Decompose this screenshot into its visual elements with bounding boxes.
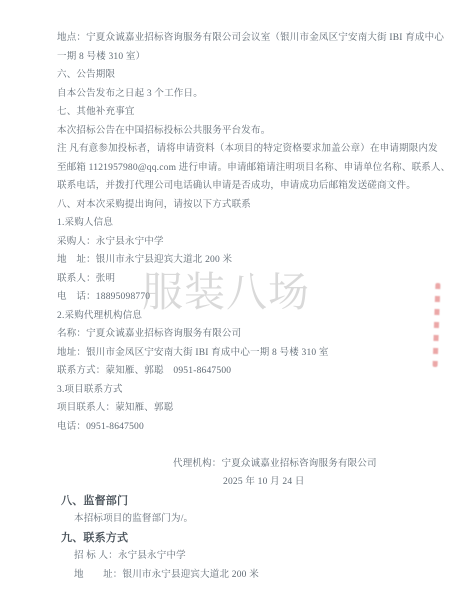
doc-line: 采购人：永宁县永宁中学	[57, 233, 437, 252]
doc-line: 本招标项目的监督部门为/。	[74, 510, 437, 529]
doc-line: 自本公告发布之日起 3 个工作日。	[57, 85, 437, 104]
doc-line: 地 址：银川市永宁县迎宾大道北 200 米	[57, 251, 437, 270]
doc-line: 代理机构：宁夏众诚嘉业招标咨询服务有限公司	[173, 455, 437, 474]
doc-line: 地点：宁夏众诚嘉业招标咨询服务有限公司会议室（银川市金凤区宁安南大街 IBI 育…	[57, 29, 437, 48]
doc-line: 联系方式：蒙知雁、郭聪 0951-8647500	[57, 362, 437, 381]
doc-line: 1.采购人信息	[57, 214, 437, 233]
doc-line: 八、对本次采购提出询问，请按以下方式联系	[57, 196, 437, 215]
doc-line: 电 话：18895098770	[57, 288, 437, 307]
doc-line: 2.采购代理机构信息	[57, 307, 437, 326]
doc-line: 名称：宁夏众诚嘉业招标咨询服务有限公司	[57, 325, 437, 344]
doc-line: 八、监督部门	[61, 492, 437, 511]
doc-line: 七、其他补充事宜	[57, 103, 437, 122]
doc-line: 3.项目联系方式	[57, 381, 437, 400]
doc-line	[57, 436, 437, 455]
doc-line: 招 标 人：永宁县永宁中学	[74, 547, 437, 566]
doc-line: 电话：0951-8647500	[57, 418, 437, 437]
doc-line: 联系电话，并拨打代理公司电话确认申请是否成功，申请成功后邮箱发送磋商文件。	[57, 177, 437, 196]
doc-line: 地 址：银川市永宁县迎宾大道北 200 米	[74, 566, 437, 585]
doc-line: 本次招标公告在中国招标投标公共服务平台发布。	[57, 122, 437, 141]
doc-line: 至邮箱 1121957980@qq.com 进行申请。申请邮箱请注明项目名称、申…	[57, 159, 437, 178]
document-lines: 地点：宁夏众诚嘉业招标咨询服务有限公司会议室（银川市金凤区宁安南大街 IBI 育…	[57, 29, 437, 584]
doc-line: 2025 年 10 月 24 日	[223, 473, 437, 492]
doc-line: 九、联系方式	[61, 529, 437, 548]
doc-line: 联系人：张明	[57, 270, 437, 289]
doc-line: 地址：银川市金凤区宁安南大街 IBI 育成中心一期 8 号楼 310 室	[57, 344, 437, 363]
doc-line: 项目联系人：蒙知雁、郭聪	[57, 399, 437, 418]
doc-line: 六、公告期限	[57, 66, 437, 85]
doc-line: 注 凡有意参加投标者，请将申请资料（本项目的特定资格要求加盖公章）在申请期限内发	[57, 140, 437, 159]
doc-line: 一期 8 号楼 310 室）	[57, 48, 437, 67]
